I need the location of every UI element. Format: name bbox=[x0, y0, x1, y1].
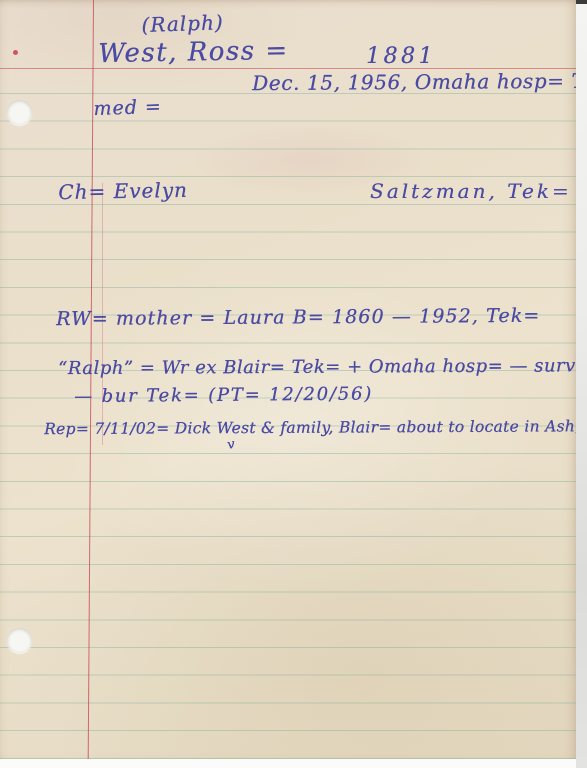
death-date-line: Dec. 15, 1956, Omaha hosp= Tek bbox=[252, 69, 587, 95]
scanned-page: (Ralph) West, Ross = 1881 Dec. 15, 1956,… bbox=[0, 0, 587, 768]
nickname-superscript: (Ralph) bbox=[141, 10, 224, 37]
children-line: Ch= Evelyn bbox=[58, 178, 188, 204]
red-ink-dot bbox=[13, 50, 18, 55]
burial-line: — bur Tek= (PT= 12/20/56) bbox=[74, 383, 373, 407]
subject-name: West, Ross = bbox=[98, 36, 289, 69]
paper-sheet: (Ralph) West, Ross = 1881 Dec. 15, 1956,… bbox=[0, 0, 577, 759]
med-note: med = bbox=[93, 96, 162, 120]
birth-year: 1881 bbox=[366, 44, 436, 69]
report-line: Rep= 7/11/02= Dick West & family, Blair=… bbox=[44, 417, 587, 438]
scanner-bottom-edge bbox=[0, 759, 577, 768]
scanner-corner-mark bbox=[576, 0, 587, 4]
mother-line: RW= mother = Laura B= 1860 — 1952, Tek= bbox=[56, 305, 540, 330]
ralph-obit-note: “Ralph” = Wr ex Blair= Tek= + Omaha hosp… bbox=[58, 355, 587, 379]
scanner-right-edge bbox=[576, 0, 587, 768]
punch-hole-bottom bbox=[7, 628, 32, 653]
punch-hole-top bbox=[7, 100, 32, 125]
spouse-surname: Saltzman, Tek= bbox=[370, 179, 572, 203]
